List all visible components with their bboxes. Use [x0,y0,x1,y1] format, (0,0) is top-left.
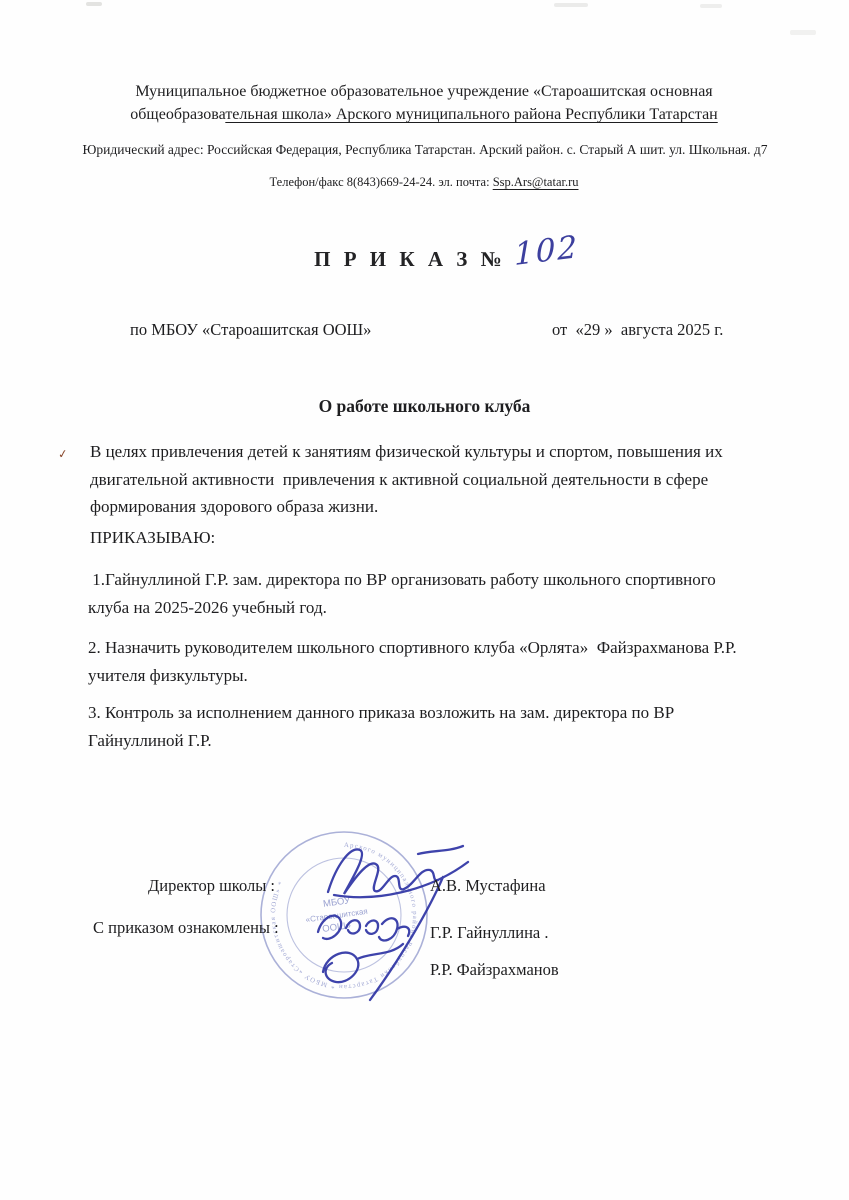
acknowledged-name-1: Г.Р. Гайнуллина . [430,923,549,943]
handwritten-check-mark: ✓ [57,446,69,462]
order-title: П Р И К А З № [314,247,506,271]
acknowledged-name-2: Р.Р. Файзрахманов [430,960,559,980]
legal-address: Юридический адрес: Российская Федерация,… [40,142,810,158]
contact-line: Телефон/факс 8(843)669-24-24. эл. почта:… [74,175,774,190]
order-title-row: П Р И К А З №102 [0,238,849,274]
scan-artifact [554,3,588,7]
order-item-3: 3. Контроль за исполнением данного прика… [88,699,803,754]
scan-artifact [700,4,722,8]
decree-word: ПРИКАЗЫВАЮ: [90,528,215,548]
order-preamble: В целях привлечения детей к занятиям физ… [90,438,800,521]
scan-artifact [790,30,816,35]
org-name-line2-underlined: тельная школа» Арского муниципального ра… [225,106,717,123]
scan-artifact [86,2,102,6]
org-name-line1: Муниципальное бюджетное образовательное … [135,83,712,100]
order-number-handwritten: 102 [514,229,579,273]
director-label: Директор школы : [148,876,275,896]
order-item-1: 1.Гайнуллиной Г.Р. зам. директора по ВР … [88,566,803,621]
order-subject: О работе школьного клуба [0,396,849,417]
document-page: Муниципальное бюджетное образовательное … [0,0,849,1200]
acknowledged-label: С приказом ознакомлены : [93,918,279,938]
director-name: А.В. Мустафина [430,876,546,896]
signature-gainullina [318,916,409,941]
order-date: от «29 » августа 2025 г. [552,320,723,340]
order-item-2: 2. Назначить руководителем школьного спо… [88,634,803,689]
organization-name: Муниципальное бюджетное образовательное … [74,80,774,126]
phone-fax-text: Телефон/факс 8(843)669-24-24. эл. почта: [270,175,493,189]
org-name-line2-plain: общеобразова [130,106,225,123]
email-text: Ssp.Ars@tatar.ru [493,175,579,189]
order-issuer: по МБОУ «Староашитская ООШ» [130,320,371,340]
